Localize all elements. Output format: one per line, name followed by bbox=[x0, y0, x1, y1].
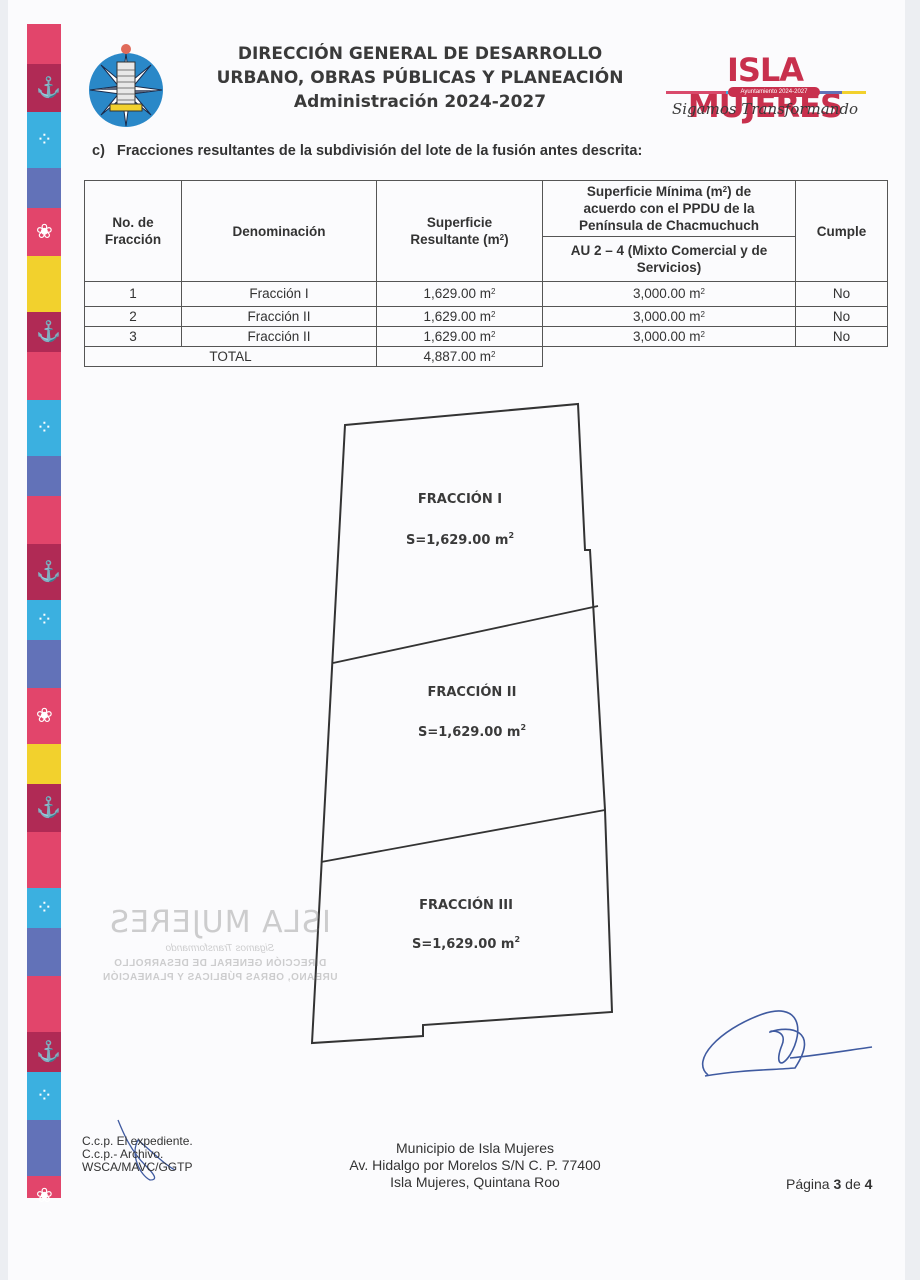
page-number: Página 3 de 4 bbox=[786, 1176, 872, 1192]
address-line-3: Isla Mujeres, Quintana Roo bbox=[320, 1174, 630, 1191]
copies-list: C.c.p. El expediente. C.c.p.- Archivo. W… bbox=[82, 1135, 193, 1174]
address-line-1: Municipio de Isla Mujeres bbox=[320, 1140, 630, 1157]
address-line-2: Av. Hidalgo por Morelos S/N C. P. 77400 bbox=[320, 1157, 630, 1174]
signature-icon bbox=[703, 1011, 872, 1076]
initials: WSCA/MAVC/GGTP bbox=[82, 1161, 193, 1174]
signatures bbox=[0, 0, 920, 1280]
footer-address: Municipio de Isla Mujeres Av. Hidalgo po… bbox=[320, 1140, 630, 1191]
